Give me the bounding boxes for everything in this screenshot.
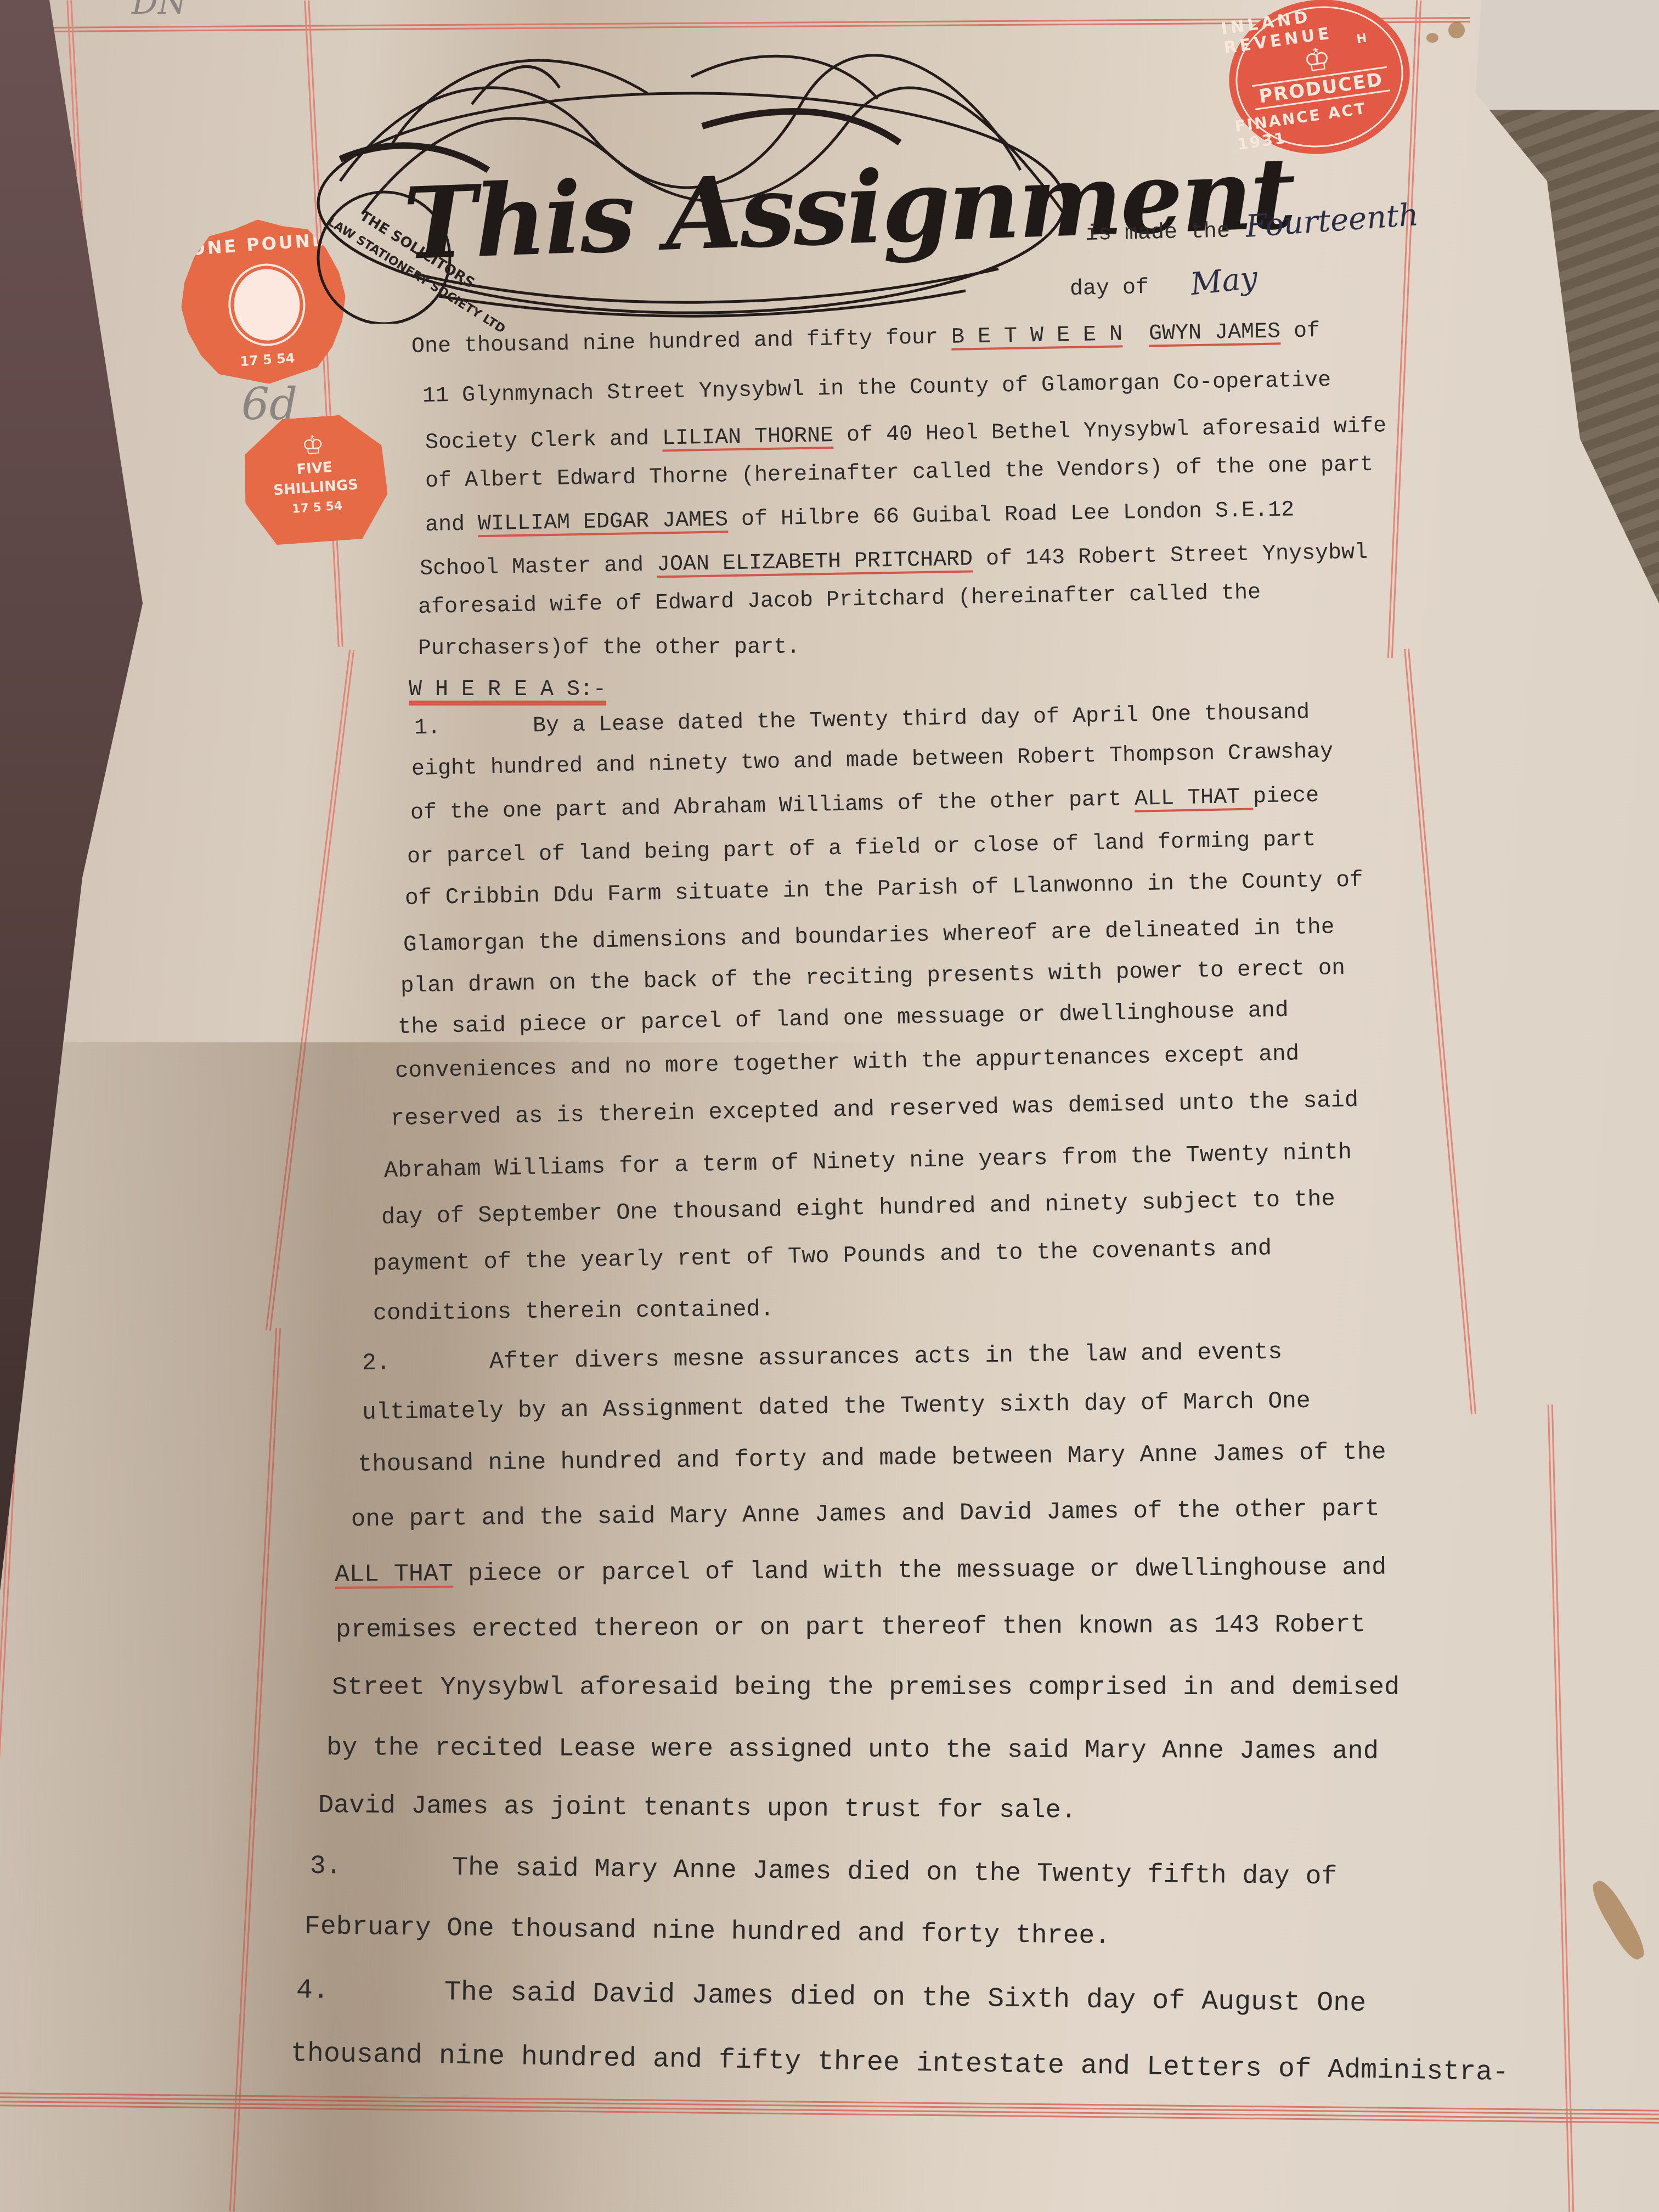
text-segment: and bbox=[425, 512, 478, 538]
text-segment: piece bbox=[1253, 783, 1319, 809]
underlined-party-name: W H E R E A S:- bbox=[409, 678, 606, 702]
stain bbox=[1426, 33, 1438, 43]
stain bbox=[1587, 1877, 1650, 1964]
handwritten-month: May bbox=[1189, 260, 1259, 302]
deed-text-line: by the recited Lease were assigned unto … bbox=[326, 1734, 1379, 1767]
text-segment: by the recited Lease were assigned unto … bbox=[326, 1734, 1379, 1767]
text-segment: Street Ynysybwl aforesaid being the prem… bbox=[332, 1673, 1400, 1702]
date-line-day-of: day of bbox=[1070, 275, 1149, 302]
underlined-party-name: ALL THAT bbox=[335, 1560, 453, 1589]
text-segment: School Master and bbox=[420, 552, 657, 582]
underlined-party-name: GWYN JAMES bbox=[1149, 319, 1281, 346]
stain bbox=[1448, 22, 1465, 38]
left-inner-rule-lower bbox=[266, 650, 354, 1331]
monarch-head-icon bbox=[228, 263, 306, 346]
underlined-party-name: ALL THAT bbox=[1135, 785, 1254, 812]
stamp-letter: H bbox=[1356, 31, 1368, 46]
crown-icon: ♔ bbox=[1301, 43, 1333, 77]
text-segment: of bbox=[1280, 319, 1321, 344]
deed-text-line: W H E R E A S:- bbox=[409, 678, 606, 702]
text-segment: premises erected thereon or on part ther… bbox=[336, 1610, 1365, 1644]
deed-text-line: conditions therein contained. bbox=[373, 1296, 774, 1327]
deed-text-line: Street Ynysybwl aforesaid being the prem… bbox=[332, 1673, 1400, 1702]
deed-text-line: David James as joint tenants upon trust … bbox=[318, 1791, 1076, 1826]
deed-text-line: Purchasers)of the other part. bbox=[418, 635, 800, 661]
left-inner-rule-bottom bbox=[229, 1328, 281, 2211]
right-margin-rule-bottom bbox=[1548, 1404, 1575, 2212]
pencil-note: DN bbox=[132, 0, 187, 22]
text-segment: David James as joint tenants upon trust … bbox=[318, 1791, 1076, 1826]
background-wall bbox=[1467, 0, 1659, 126]
text-segment: Purchasers)of the other part. bbox=[418, 635, 800, 661]
underlined-party-name: WILLIAM EDGAR JAMES bbox=[478, 507, 729, 537]
text-segment: conditions therein contained. bbox=[373, 1296, 774, 1327]
right-margin-rule-lower bbox=[1404, 648, 1476, 1414]
underlined-party-name: B E T W E E N bbox=[951, 322, 1123, 349]
date-line-prefix: is made the bbox=[1085, 219, 1231, 247]
text-segment bbox=[1122, 322, 1149, 347]
deed-text-line: premises erected thereon or on part ther… bbox=[336, 1610, 1365, 1644]
underlined-party-name: LILIAN THORNE bbox=[662, 424, 834, 451]
stamp-date: 17 5 54 bbox=[246, 496, 389, 520]
text-segment: Society Clerk and bbox=[425, 426, 663, 455]
